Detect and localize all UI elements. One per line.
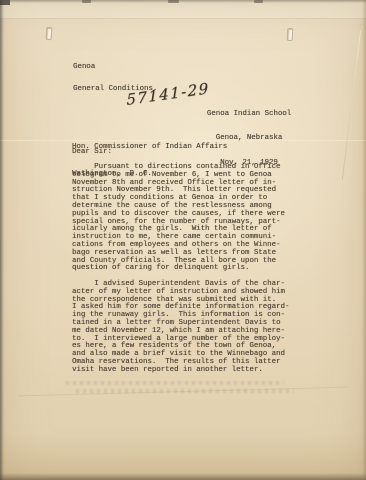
ink-bleed-through-line xyxy=(76,389,294,393)
salutation-line: Dear Sir: xyxy=(72,149,112,157)
letterhead-school-line: Genoa Indian School xyxy=(199,110,299,118)
body-paragraph-1: Pursuant to directions contained in Offi… xyxy=(72,164,285,273)
paper-edge-shadow-top xyxy=(0,0,366,3)
staple-hole-right xyxy=(287,28,294,41)
staple-hole-left xyxy=(46,27,53,40)
subject-place-line: Genoa xyxy=(73,64,95,72)
paper-edge-shadow-right xyxy=(362,0,366,480)
paper-crease-right xyxy=(342,30,361,179)
paper-edge-shadow-bottom xyxy=(0,473,366,480)
body-paragraph-2: I advised Superintendent Davis of the ch… xyxy=(72,281,289,375)
paper-edge-shadow-left xyxy=(0,0,4,480)
letter-page: Genoa General Conditions. 57141-29 Genoa… xyxy=(0,0,366,480)
ink-bleed-through-line xyxy=(66,381,284,385)
